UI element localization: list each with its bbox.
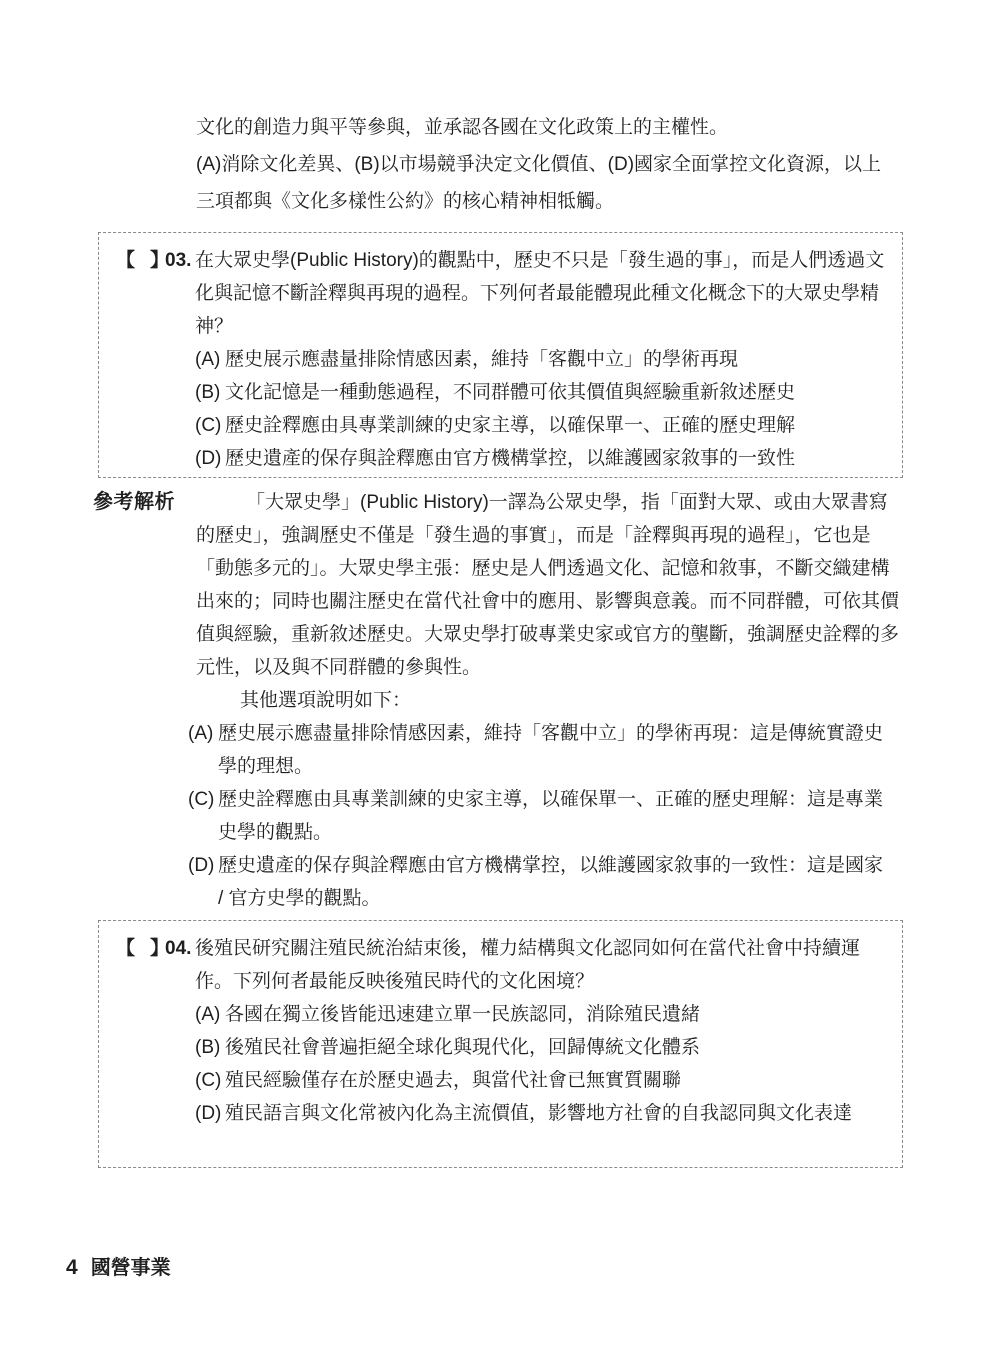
option-label: (B): [195, 376, 225, 409]
option-c: (C)殖民經驗僅存在於歷史過去，與當代社會已無實質關聯: [99, 1064, 890, 1097]
option-label: (B): [195, 1031, 225, 1064]
option-text: 各國在獨立後皆能迅速建立單一民族認同，消除殖民遺緒: [225, 1004, 700, 1025]
option-d: (D)殖民語言與文化常被內化為主流價值，影響地方社會的自我認同與文化表達: [99, 1097, 890, 1130]
question-stem: 後殖民研究關注殖民統治結束後，權力結構與文化認同如何在當代社會中持續運作。下列何…: [195, 932, 890, 998]
answer-bracket: 【 】: [116, 244, 167, 277]
option-text: 殖民語言與文化常被內化為主流價值，影響地方社會的自我認同與文化表達: [225, 1103, 852, 1124]
option-c: (C)歷史詮釋應由具專業訓練的史家主導，以確保單一、正確的歷史理解: [99, 409, 890, 442]
book-title: 國營事業: [91, 1257, 171, 1279]
option-a: (A)歷史展示應盡量排除情感因素，維持「客觀中立」的學術再現: [99, 343, 890, 376]
analysis-paragraph: 「大眾史學」(Public History)一譯為公眾史學，指「面對大眾、或由大…: [196, 486, 903, 684]
question-stem-row: 【 】 03. 在大眾史學(Public History)的觀點中，歷史不只是「…: [99, 244, 890, 343]
previous-explanation-tail: 文化的創造力與平等參與，並承認各國在文化政策上的主權性。 (A)消除文化差異、(…: [196, 109, 900, 220]
question-number: 03.: [165, 244, 191, 277]
option-label: (C): [195, 409, 225, 442]
question-number: 04.: [165, 932, 191, 965]
explanation-line: (A)消除文化差異、(B)以市場競爭決定文化價值、(D)國家全面掌控文化資源，以…: [196, 146, 900, 220]
item-text: 歷史詮釋應由具專業訓練的史家主導，以確保單一、正確的歷史理解：這是專業史學的觀點…: [218, 789, 883, 843]
analysis-subheading: 其他選項說明如下：: [240, 684, 903, 717]
explanation-line: 文化的創造力與平等參與，並承認各國在文化政策上的主權性。: [196, 109, 900, 146]
option-label: (A): [195, 998, 225, 1031]
item-text: 歷史展示應盡量排除情感因素，維持「客觀中立」的學術再現：這是傳統實證史學的理想。: [218, 723, 883, 777]
page-number: 4: [66, 1256, 78, 1279]
analysis-label: 參考解析: [93, 486, 175, 519]
analysis-item-d: (D)歷史遺產的保存與詮釋應由官方機構掌控，以維護國家敘事的一致性：這是國家 /…: [188, 849, 883, 915]
analysis-body: 「大眾史學」(Public History)一譯為公眾史學，指「面對大眾、或由大…: [196, 486, 903, 915]
question-box-04: 【 】 04. 後殖民研究關注殖民統治結束後，權力結構與文化認同如何在當代社會中…: [98, 920, 903, 1168]
item-label: (C): [188, 783, 218, 816]
book-page: { "previous_explanation_tail": { "line1"…: [0, 0, 1000, 1353]
option-b: (B)文化記憶是一種動態過程，不同群體可依其價值與經驗重新敘述歷史: [99, 376, 890, 409]
option-b: (B)後殖民社會普遍拒絕全球化與現代化，回歸傳統文化體系: [99, 1031, 890, 1064]
option-label: (D): [195, 442, 225, 475]
question-stem-row: 【 】 04. 後殖民研究關注殖民統治結束後，權力結構與文化認同如何在當代社會中…: [99, 932, 890, 998]
question-stem: 在大眾史學(Public History)的觀點中，歷史不只是「發生過的事」，而…: [195, 244, 890, 343]
item-label: (A): [188, 717, 218, 750]
option-text: 殖民經驗僅存在於歷史過去，與當代社會已無實質關聯: [225, 1070, 681, 1091]
option-text: 後殖民社會普遍拒絕全球化與現代化，回歸傳統文化體系: [225, 1037, 700, 1058]
options-list: (A)歷史展示應盡量排除情感因素，維持「客觀中立」的學術再現 (B)文化記憶是一…: [99, 343, 890, 475]
option-text: 歷史詮釋應由具專業訓練的史家主導，以確保單一、正確的歷史理解: [225, 415, 795, 436]
analysis-items: (A)歷史展示應盡量排除情感因素，維持「客觀中立」的學術再現：這是傳統實證史學的…: [188, 717, 903, 915]
item-text: 歷史遺產的保存與詮釋應由官方機構掌控，以維護國家敘事的一致性：這是國家 / 官方…: [218, 855, 883, 909]
question-box-03: 【 】 03. 在大眾史學(Public History)的觀點中，歷史不只是「…: [98, 232, 903, 478]
analysis-item-c: (C)歷史詮釋應由具專業訓練的史家主導，以確保單一、正確的歷史理解：這是專業史學…: [188, 783, 883, 849]
option-label: (D): [195, 1097, 225, 1130]
option-a: (A)各國在獨立後皆能迅速建立單一民族認同，消除殖民遺緒: [99, 998, 890, 1031]
options-list: (A)各國在獨立後皆能迅速建立單一民族認同，消除殖民遺緒 (B)後殖民社會普遍拒…: [99, 998, 890, 1130]
item-label: (D): [188, 849, 218, 882]
option-d: (D)歷史遺產的保存與詮釋應由官方機構掌控，以維護國家敘事的一致性: [99, 442, 890, 475]
answer-bracket: 【 】: [116, 932, 167, 965]
option-text: 文化記憶是一種動態過程，不同群體可依其價值與經驗重新敘述歷史: [225, 382, 795, 403]
option-text: 歷史遺產的保存與詮釋應由官方機構掌控，以維護國家敘事的一致性: [225, 448, 795, 469]
option-text: 歷史展示應盡量排除情感因素，維持「客觀中立」的學術再現: [225, 349, 738, 370]
page-footer: 4國營事業: [66, 1251, 171, 1280]
option-label: (A): [195, 343, 225, 376]
analysis-item-a: (A)歷史展示應盡量排除情感因素，維持「客觀中立」的學術再現：這是傳統實證史學的…: [188, 717, 883, 783]
option-label: (C): [195, 1064, 225, 1097]
